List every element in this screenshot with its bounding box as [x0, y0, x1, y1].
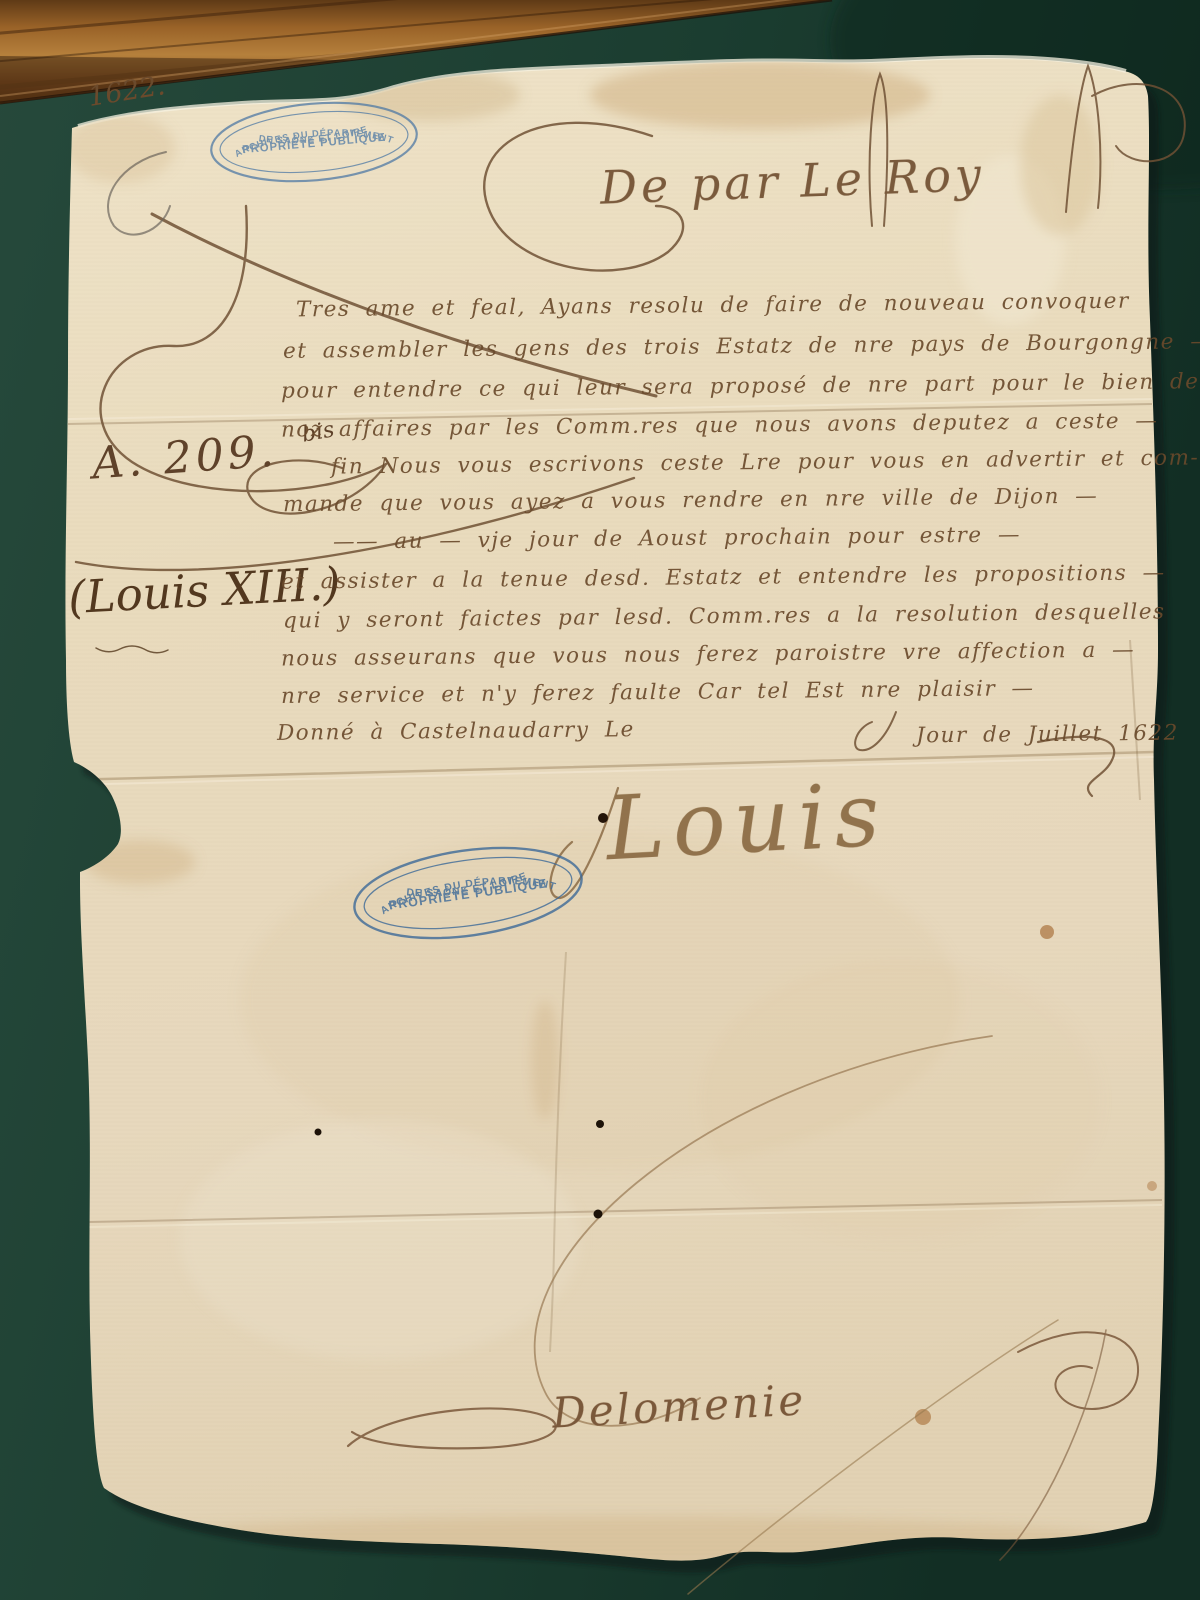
scene-background	[0, 0, 1200, 1600]
royal-signature: Louis	[604, 771, 890, 874]
letter-header: De par Le Roy	[599, 151, 985, 210]
letter-date-year: Jour de Juillet 1622	[916, 723, 1179, 747]
shelfmark-note: A. 209.	[91, 430, 279, 487]
letter-date-place: Donné à Castelnaudarry Le	[277, 719, 635, 744]
secretary-countersignature: Delomenie	[551, 1379, 807, 1434]
photograph-of-manuscript: 1622. ARCHIVES DU DÉPARTEMENT PROPRIÉTÉ …	[0, 0, 1200, 1600]
